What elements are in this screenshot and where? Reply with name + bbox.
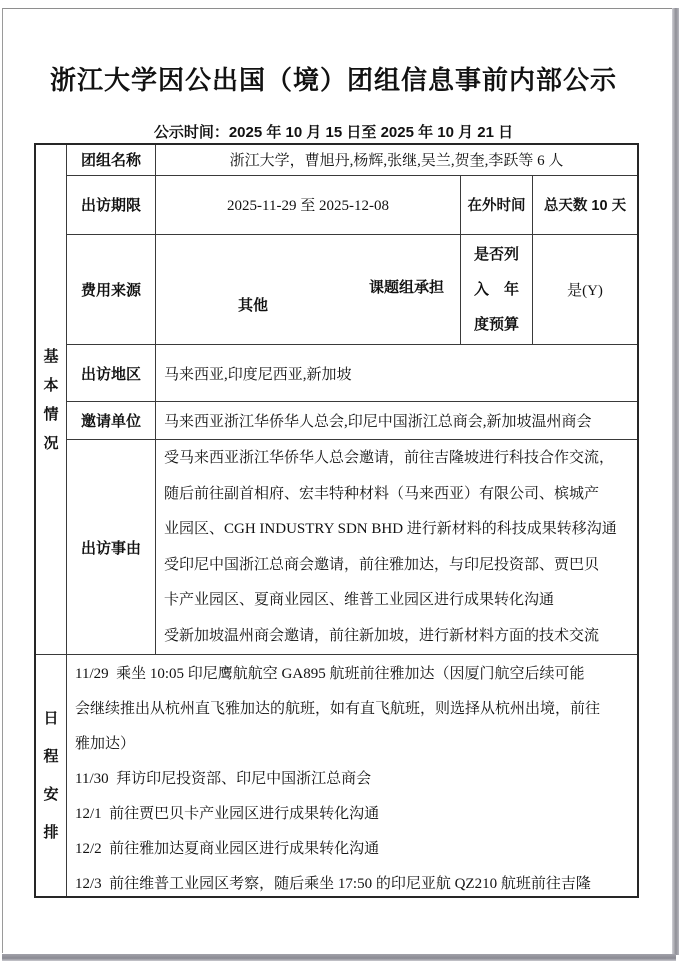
text-line: 业园区、CGH INDUSTRY SDN BHD 进行新材料的科技成果转移沟通 (164, 512, 629, 548)
abroad-time-label: 在外时间 (461, 176, 533, 234)
row-visit-period: 出访期限 2025-11-29 至 2025-12-08 在外时间 总天数 10… (67, 176, 637, 235)
total-days-value: 总天数 10 天 (533, 176, 637, 234)
visit-regions-label: 出访地区 (67, 345, 156, 401)
visit-period-value: 2025-11-29 至 2025-12-08 (156, 176, 461, 234)
row-visit-purpose: 出访事由 受马来西亚浙江华侨华人总会邀请，前往吉隆坡进行科技合作交流，随后前往副… (67, 440, 637, 654)
visit-purpose-label: 出访事由 (67, 440, 156, 654)
section-basic-vertical-label-cell: 基 本 情 况 (36, 145, 67, 654)
document-page: 浙江大学因公出国（境）团组信息事前内部公示 公示时间：2025 年 10 月 1… (2, 8, 672, 953)
row-group-name: 团组名称 浙江大学，曹旭丹,杨辉,张继,吴兰,贺奎,李跃等 6 人 (67, 145, 637, 176)
visit-period-label: 出访期限 (67, 176, 156, 234)
page-title: 浙江大学因公出国（境）团组信息事前内部公示 (3, 63, 664, 97)
funding-bearer-value: 课题组承担 (369, 276, 444, 297)
text-line: 12/3 前往维普工业园区考察，随后乘坐 17:50 的印尼亚航 QZ210 航… (75, 867, 629, 896)
text-line: 受印尼中国浙江总商会邀请，前往雅加达，与印尼投资部、贾巴贝 (164, 548, 629, 584)
section-basic-info: 基 本 情 况 团组名称 浙江大学，曹旭丹,杨辉,张继,吴兰,贺奎,李跃等 6 … (36, 145, 637, 655)
budget-listed-label: 是否列 入 年 度预算 (474, 237, 519, 342)
text-line: 随后前往副首相府、宏丰特种材料（马来西亚）有限公司、槟城产 (164, 477, 629, 513)
budget-listed-value: 是(Y) (533, 235, 637, 345)
visit-purpose-text: 受马来西亚浙江华侨华人总会邀请，前往吉隆坡进行科技合作交流，随后前往副首相府、宏… (156, 440, 637, 654)
row-inviting-units: 邀请单位 马来西亚浙江华侨华人总会,印尼中国浙江总商会,新加坡温州商会 (67, 402, 637, 440)
section-basic-vertical-label: 基 本 情 况 (43, 342, 58, 458)
text-line: 12/2 前往雅加达夏商业园区进行成果转化沟通 (75, 832, 629, 867)
inviting-units-value: 马来西亚浙江华侨华人总会,印尼中国浙江总商会,新加坡温州商会 (156, 402, 637, 439)
budget-listed-label-cell: 是否列 入 年 度预算 (461, 235, 533, 345)
schedule-text: 11/29 乘坐 10:05 印尼鹰航航空 GA895 航班前往雅加达（因厦门航… (67, 655, 637, 896)
page-bottom-edge (2, 954, 676, 961)
text-line: 受新加坡温州商会邀请，前往新加坡，进行新材料方面的技术交流 (164, 619, 629, 655)
publicity-period: 公示时间：2025 年 10 月 15 日至 2025 年 10 月 21 日 (3, 122, 664, 144)
text-line: 11/29 乘坐 10:05 印尼鹰航航空 GA895 航班前往雅加达（因厦门航… (75, 657, 629, 692)
info-table: 基 本 情 况 团组名称 浙江大学，曹旭丹,杨辉,张继,吴兰,贺奎,李跃等 6 … (34, 143, 639, 898)
group-name-value: 浙江大学，曹旭丹,杨辉,张继,吴兰,贺奎,李跃等 6 人 (156, 145, 637, 175)
inviting-units-label: 邀请单位 (67, 402, 156, 439)
text-line: 卡产业园区、夏商业园区、维普工业园区进行成果转化沟通 (164, 583, 629, 619)
text-line: 会继续推出从杭州直飞雅加达的航班，如有直飞航班，则选择从杭州出境，前往 (75, 692, 629, 727)
visit-regions-value: 马来西亚,印度尼西亚,新加坡 (156, 345, 637, 401)
section-schedule-vertical-label: 日 程 安 排 (43, 700, 58, 852)
group-name-label: 团组名称 (67, 145, 156, 175)
section-schedule-vertical-label-cell: 日 程 安 排 (36, 655, 67, 896)
basic-rows: 团组名称 浙江大学，曹旭丹,杨辉,张继,吴兰,贺奎,李跃等 6 人 出访期限 2… (67, 145, 637, 654)
funding-source-label: 费用来源 (67, 235, 156, 345)
page-right-edge (672, 8, 679, 955)
row-funding-source: 费用来源 课题组承担 其他 是否列 入 年 度预算 是(Y) (67, 235, 637, 346)
section-schedule: 日 程 安 排 11/29 乘坐 10:05 印尼鹰航航空 GA895 航班前往… (36, 655, 637, 896)
funding-source-cell: 课题组承担 其他 (156, 235, 461, 345)
text-line: 11/30 拜访印尼投资部、印尼中国浙江总商会 (75, 762, 629, 797)
text-line: 受马来西亚浙江华侨华人总会邀请，前往吉隆坡进行科技合作交流， (164, 441, 629, 477)
funding-category-value: 其他 (238, 294, 268, 315)
row-visit-regions: 出访地区 马来西亚,印度尼西亚,新加坡 (67, 345, 637, 402)
text-line: 12/1 前往贾巴贝卡产业园区进行成果转化沟通 (75, 797, 629, 832)
text-line: 雅加达） (75, 727, 629, 762)
